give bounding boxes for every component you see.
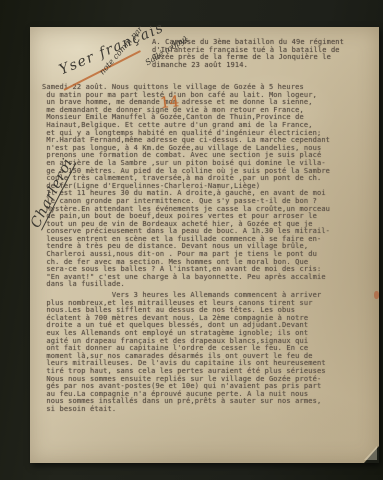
orange-page-number: 14 (159, 92, 180, 112)
scanned-document-photo: A. Caresse du 3ème bataillon du 49e régi… (0, 0, 383, 480)
document-body: Samedi 22 août. Nous quittons le village… (42, 84, 330, 414)
text-line: dans la fusillade. (42, 281, 330, 289)
folded-corner-highlight (364, 446, 377, 460)
text-line: dimanche 23 août 1914. (152, 62, 344, 70)
paragraph-2: Vers 3 heures les Allemands commencent à… (42, 292, 330, 414)
red-edge-mark (374, 291, 379, 299)
paragraph-1: Samedi 22 août. Nous quittons le village… (42, 84, 330, 289)
text-line: si besoin était. (42, 406, 330, 414)
paper-sheet: A. Caresse du 3ème bataillon du 49e régi… (30, 27, 379, 463)
handwritten-crossed-note: Yser français (57, 20, 167, 79)
